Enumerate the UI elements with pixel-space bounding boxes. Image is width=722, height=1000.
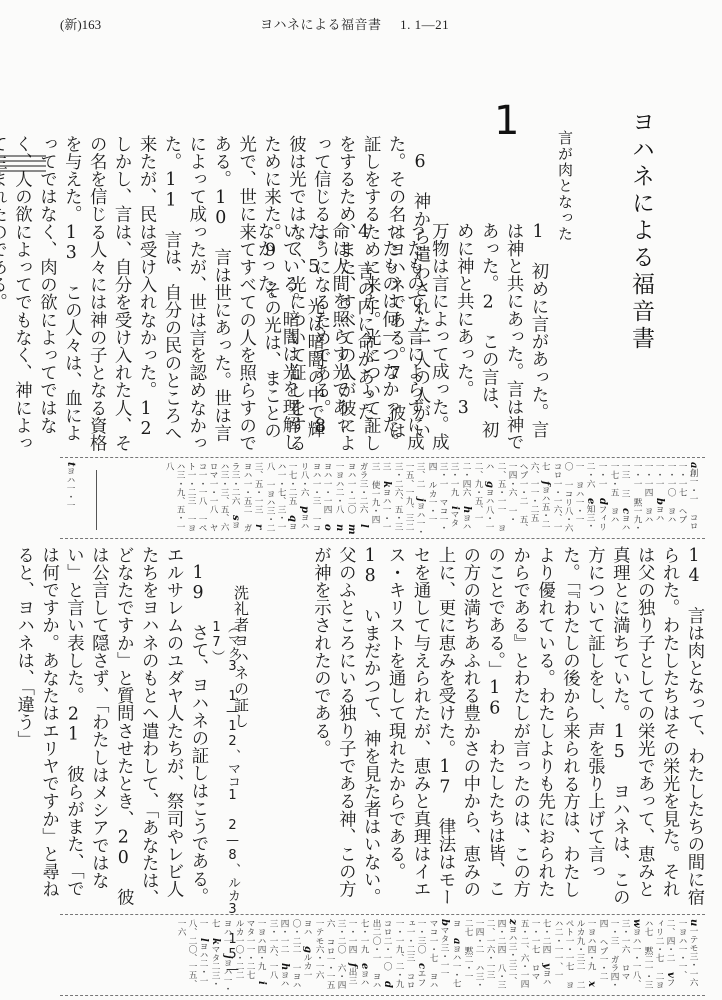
running-chapter-range: 1. 1—21 bbox=[400, 17, 449, 32]
xref-w: wヨハ一・一八、三・一六 ロマ一・三 ガラ四・四 ヘブ一・二 一ヨハ四・九 bbox=[586, 919, 641, 989]
running-title: ヨハネによる福音書 1. 1—21 bbox=[260, 14, 449, 33]
book-title: ヨハネによる福音書 bbox=[628, 110, 654, 353]
verses-14-18: 14 言は肉となって、わたしたちの間に宿られた。わたしたちはその栄光を見た。それ… bbox=[334, 546, 706, 910]
cross-reference-list-upper: a創一・一 コロ一・一七 ヘブ一・一〇 ヨハ一・一 bヨハ一・一四 ヨハ一・一 … bbox=[163, 462, 699, 536]
cross-references-lower: u一テモ三・一六 一ヨハ一・一、二、四・二 vフィリ二・七 二ヨハ七 黙二一・三… bbox=[60, 914, 705, 996]
section-heading-word-became-flesh: 言が肉となった bbox=[556, 130, 574, 242]
cross-reference-list-lower: u一テモ三・一六 一ヨハ一・一、二、四・二 vフィリ二・七 二ヨハ七 黙二一・三… bbox=[175, 919, 699, 993]
page-number: (新)163 bbox=[60, 14, 101, 33]
chapter-number: 1 bbox=[494, 98, 519, 144]
running-book-title: ヨハネによる福音書 bbox=[260, 18, 382, 33]
xref-k: kヨハ一・一三 使一九・四 ガラ三・二六 bbox=[358, 462, 391, 531]
verses-6-13: 6 神から遣わされた一人の人がいた。その名はヨハネである。7 彼は証しをするため… bbox=[60, 135, 432, 453]
verses-19-21: 19 さて、ヨハネの証しはこうである。エルサレムのユダヤ人たちが、祭司やレビ人た… bbox=[60, 546, 210, 910]
bible-page: (新)163 ヨハネによる福音書 1. 1—21 ヨハネによる福音書 1 言が肉… bbox=[0, 0, 722, 1000]
cross-references-upper: a創一・一 コロ一・一七 ヘブ一・一〇 ヨハ一・一 bヨハ一・一四 ヨハ一・一 … bbox=[60, 457, 705, 539]
xref-l2: lヨハ二・一八、二〇、一五、一六 bbox=[176, 919, 208, 988]
xref-cont: 三 bbox=[620, 489, 630, 498]
xref-t: tヨハ一・一 bbox=[64, 462, 76, 536]
xref-s: sヨハ三・三、五、六 ロマ一・一八 ヤコ一・一八 一ペト一・二三 一ヨハ三・九、… bbox=[164, 462, 240, 532]
verses-1-5: 1 初めに言があった。言は神と共にあった。言は神であった。2 この言は、初めに神… bbox=[450, 222, 550, 452]
xref-divider bbox=[96, 470, 97, 530]
xref-a2: aヨハ一・七 bbox=[451, 938, 461, 987]
running-head: (新)163 ヨハネによる福音書 1. 1—21 bbox=[0, 14, 722, 36]
